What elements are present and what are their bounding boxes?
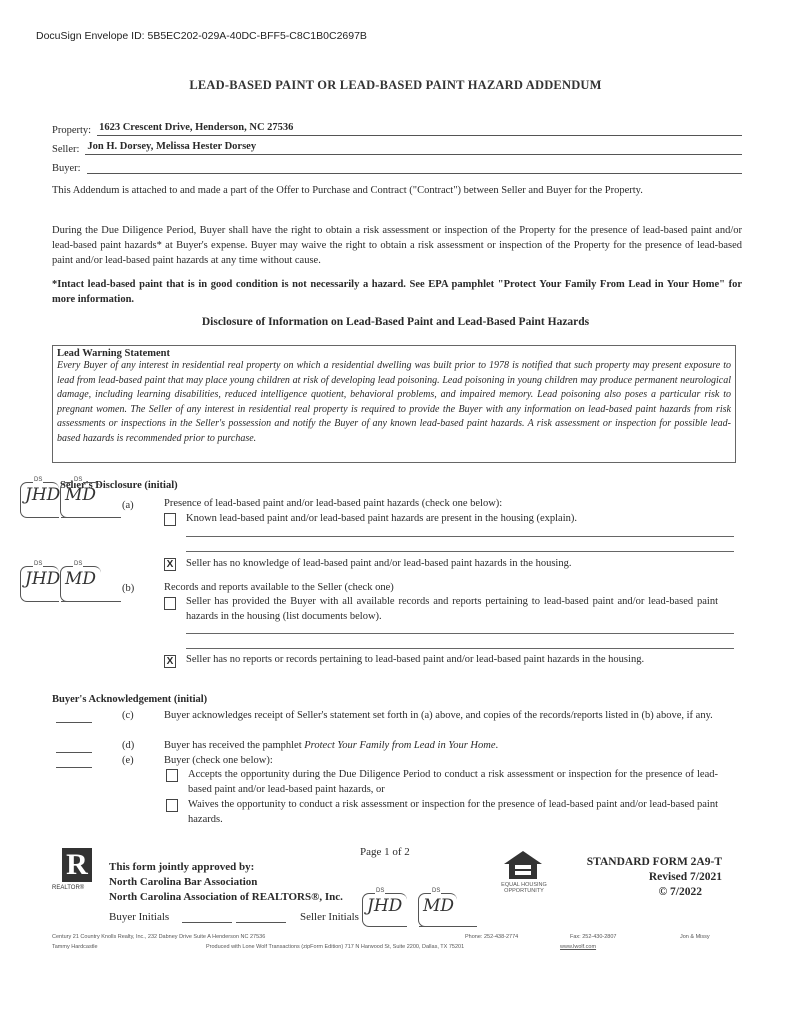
- seller1-initial-b[interactable]: DS JHD: [20, 566, 59, 602]
- seller-label: Seller:: [52, 144, 79, 155]
- signature-scrawl: MD: [423, 896, 454, 916]
- ds-label: DS: [431, 888, 441, 894]
- revised-date: Revised 7/2021: [572, 871, 722, 883]
- buyer-initial-e[interactable]: [56, 767, 92, 768]
- seller2-initial-b[interactable]: DS MD: [60, 566, 101, 602]
- buyer-initials-line-1[interactable]: [182, 922, 232, 923]
- item-letter-b: (b): [122, 583, 134, 594]
- item-b-prompt: Records and reports available to the Sel…: [164, 580, 734, 595]
- signature-scrawl: JHD: [367, 896, 402, 916]
- signature-scrawl: JHD: [25, 485, 60, 505]
- buyer-initials-line-2[interactable]: [236, 922, 286, 923]
- phone-number: Phone: 252-438-2774: [465, 934, 518, 940]
- realtor-logo-icon: R: [62, 848, 92, 882]
- checkbox-accepts-inspection[interactable]: [166, 769, 178, 782]
- brokerage-line: Century 21 Country Knolls Realty, Inc., …: [52, 934, 265, 940]
- nc-bar-association: North Carolina Bar Association: [109, 876, 257, 888]
- ds-label: DS: [33, 477, 43, 483]
- property-field: Property: 1623 Crescent Drive, Henderson…: [52, 118, 742, 136]
- signature-scrawl: MD: [65, 569, 96, 589]
- item-d-prefix: Buyer has received the pamphlet: [164, 740, 304, 751]
- ds-label: DS: [73, 561, 83, 567]
- item-letter-c: (c): [122, 710, 134, 721]
- produced-by: Produced with Lone Wolf Transactions (zi…: [206, 944, 464, 950]
- lead-warning-heading: Lead Warning Statement: [57, 348, 731, 359]
- nc-realtors-association: North Carolina Association of REALTORS®,…: [109, 891, 343, 903]
- buyer-field: Buyer:: [52, 156, 742, 174]
- intro-paragraph: This Addendum is attached to and made a …: [52, 183, 742, 198]
- lead-warning-box: Lead Warning Statement Every Buyer of an…: [52, 345, 736, 463]
- copyright-date: © 7/2022: [572, 886, 702, 898]
- approved-by-text: This form jointly approved by:: [109, 861, 254, 873]
- buyer-initials-label: Buyer Initials: [109, 911, 169, 923]
- item-a-prompt: Presence of lead-based paint and/or lead…: [164, 496, 734, 511]
- fax-number: Fax: 252-430-2807: [570, 934, 616, 940]
- website-link[interactable]: www.lwolf.com: [560, 944, 596, 950]
- option-known-lead: Known lead-based paint and/or lead-based…: [186, 511, 736, 526]
- item-letter-a: (a): [122, 500, 134, 511]
- documents-line-2[interactable]: [186, 648, 734, 649]
- equal-housing-icon: [502, 850, 544, 884]
- realtor-label: REALTOR®: [52, 885, 84, 891]
- due-diligence-paragraph: During the Due Diligence Period, Buyer s…: [52, 223, 742, 268]
- disclosure-heading: Disclosure of Information on Lead-Based …: [0, 316, 791, 328]
- seller2-initial-a[interactable]: DS MD: [60, 482, 101, 518]
- signature-scrawl: MD: [65, 485, 96, 505]
- property-label: Property:: [52, 125, 91, 136]
- option-no-knowledge: Seller has no knowledge of lead-based pa…: [186, 556, 736, 571]
- item-d-text: Buyer has received the pamphlet Protect …: [164, 738, 724, 753]
- seller-initials-label: Seller Initials: [300, 911, 359, 923]
- item-c-text: Buyer acknowledges receipt of Seller's s…: [164, 708, 716, 723]
- item-d-suffix: .: [496, 740, 499, 751]
- docusign-envelope-id: DocuSign Envelope ID: 5B5EC202-029A-40DC…: [36, 30, 367, 42]
- seller2-initial-footer[interactable]: DS MD: [418, 893, 457, 927]
- seller-value[interactable]: Jon H. Dorsey, Melissa Hester Dorsey: [85, 140, 742, 155]
- buyer-ack-heading: Buyer's Acknowledgement (initial): [52, 694, 207, 705]
- buyer-initial-d[interactable]: [56, 752, 92, 753]
- item-letter-e: (e): [122, 755, 134, 766]
- checkbox-no-records[interactable]: X: [164, 655, 176, 668]
- option-records-provided: Seller has provided the Buyer with all a…: [186, 594, 718, 624]
- option-accepts-inspection: Accepts the opportunity during the Due D…: [188, 767, 718, 797]
- buyer-value[interactable]: [87, 159, 742, 174]
- explain-line-1[interactable]: [186, 536, 734, 537]
- seller-field: Seller: Jon H. Dorsey, Melissa Hester Do…: [52, 137, 742, 155]
- standard-form-number: STANDARD FORM 2A9-T: [572, 856, 722, 868]
- lead-warning-text: Every Buyer of any interest in residenti…: [57, 359, 731, 447]
- ds-label: DS: [73, 477, 83, 483]
- file-name: Jon & Missy: [680, 934, 710, 940]
- footnote-paragraph: *Intact lead-based paint that is in good…: [52, 277, 742, 307]
- option-no-records: Seller has no reports or records pertain…: [186, 652, 718, 667]
- seller1-initial-a[interactable]: DS JHD: [20, 482, 59, 518]
- item-letter-d: (d): [122, 740, 134, 751]
- document-title: LEAD-BASED PAINT OR LEAD-BASED PAINT HAZ…: [0, 78, 791, 93]
- signature-scrawl: JHD: [25, 569, 60, 589]
- option-waives-inspection: Waives the opportunity to conduct a risk…: [188, 797, 718, 827]
- buyer-label: Buyer:: [52, 163, 81, 174]
- buyer-initial-c[interactable]: [56, 722, 92, 723]
- checkbox-records-provided[interactable]: [164, 597, 176, 610]
- documents-line-1[interactable]: [186, 633, 734, 634]
- ds-label: DS: [33, 561, 43, 567]
- item-d-pamphlet-title: Protect Your Family from Lead in Your Ho…: [304, 740, 495, 751]
- checkbox-no-knowledge[interactable]: X: [164, 558, 176, 571]
- item-e-prompt: Buyer (check one below):: [164, 753, 724, 768]
- checkbox-known-lead[interactable]: [164, 513, 176, 526]
- ds-label: DS: [375, 888, 385, 894]
- explain-line-2[interactable]: [186, 551, 734, 552]
- seller1-initial-footer[interactable]: DS JHD: [362, 893, 407, 927]
- property-value[interactable]: 1623 Crescent Drive, Henderson, NC 27536: [97, 121, 742, 136]
- equal-housing-label: EQUAL HOUSING OPPORTUNITY: [496, 882, 552, 894]
- agent-name: Tammy Hardcastle: [52, 944, 98, 950]
- page-number: Page 1 of 2: [360, 846, 410, 858]
- checkbox-waives-inspection[interactable]: [166, 799, 178, 812]
